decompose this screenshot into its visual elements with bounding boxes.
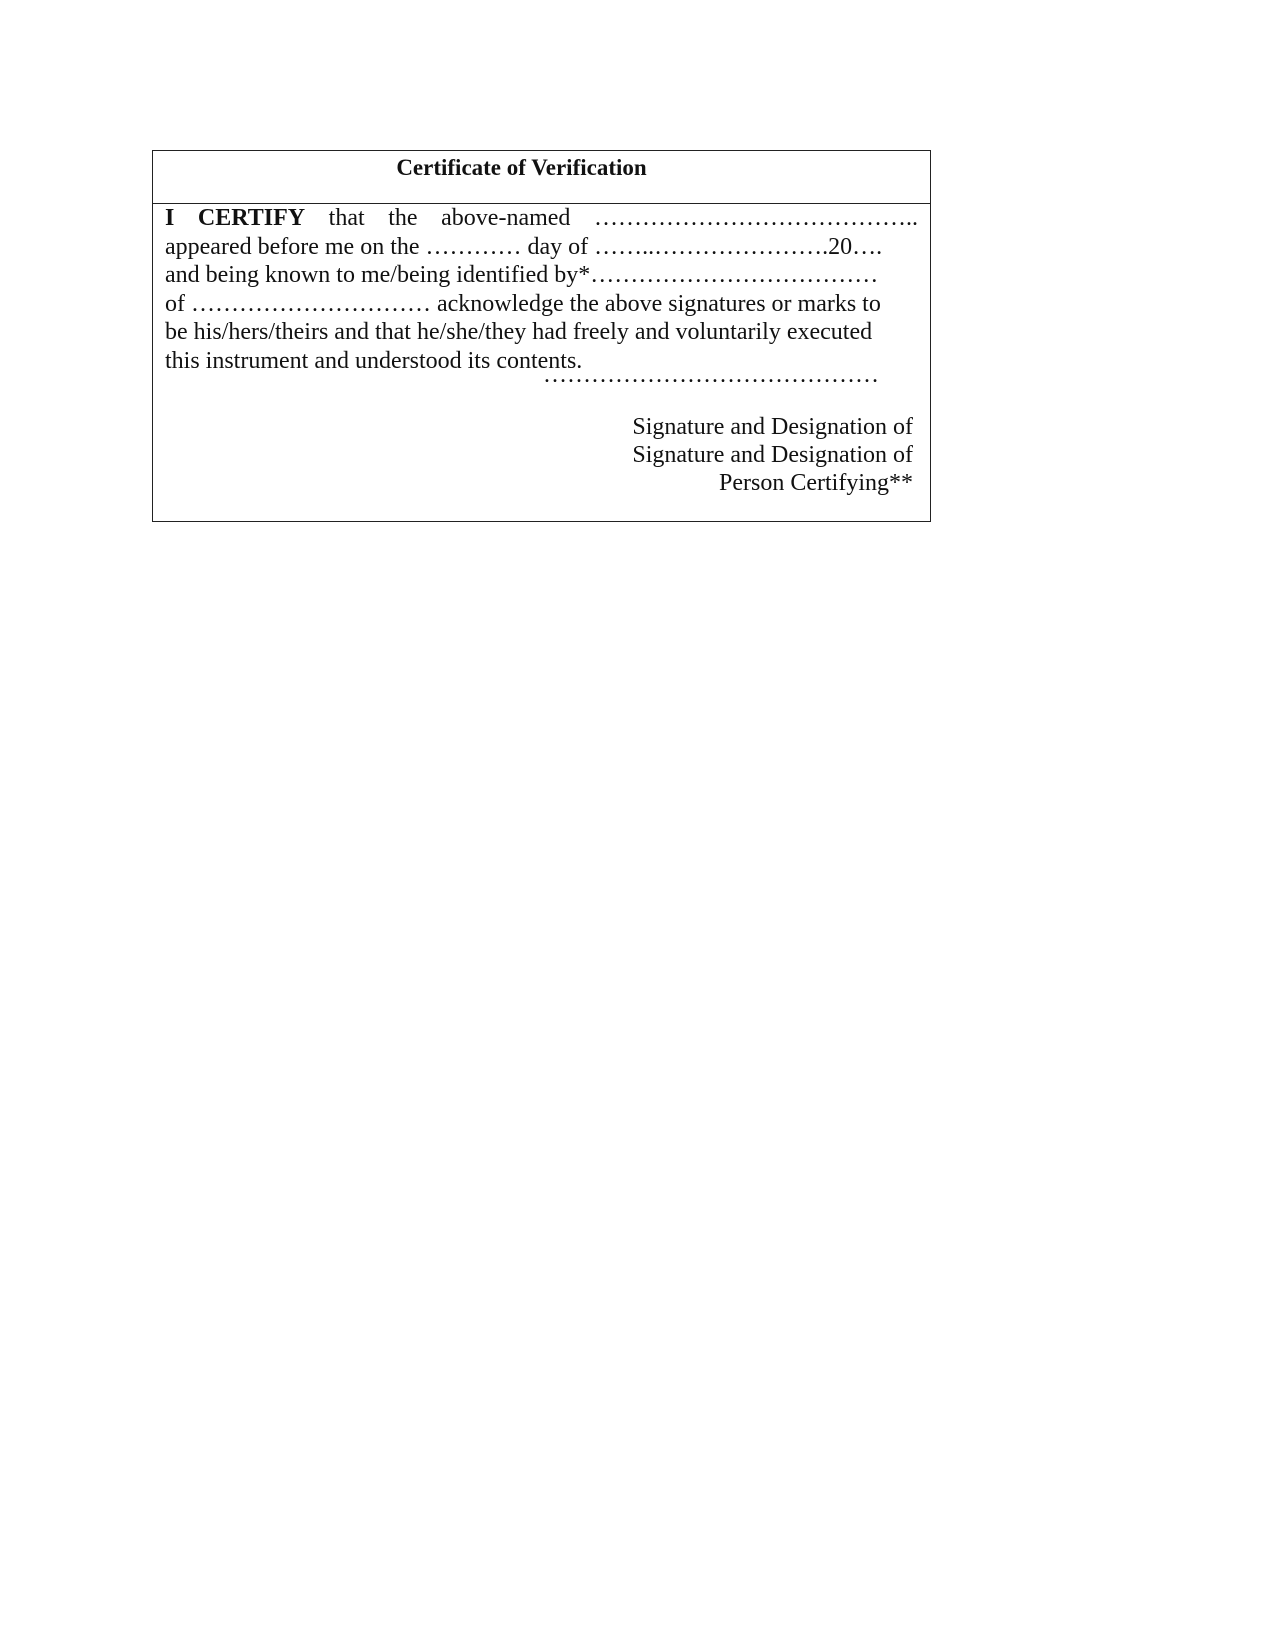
body-line-3: and being known to me/being identified b… xyxy=(165,261,918,290)
certificate-of-verification-box: Certificate of Verification I CERTIFY th… xyxy=(152,150,931,522)
named-person-blank: ………………………………….. xyxy=(594,205,918,231)
certificate-title: Certificate of Verification xyxy=(133,154,910,182)
body-line-1-word: the xyxy=(388,205,417,231)
body-line-1: I CERTIFY that the above-named ………………………… xyxy=(165,204,918,233)
certificate-body: I CERTIFY that the above-named ………………………… xyxy=(165,204,918,376)
body-line-1-word: above-named xyxy=(441,205,570,231)
certificate-header: Certificate of Verification xyxy=(153,151,930,204)
signature-label-line-1: Signature and Designation of xyxy=(632,413,913,441)
signature-label-line-3: Person Certifying** xyxy=(632,469,913,497)
body-line-5: be his/hers/theirs and that he/she/they … xyxy=(165,318,918,347)
body-line-4: of ………………………… acknowledge the above sign… xyxy=(165,290,918,319)
signature-labels: Signature and Designation of Signature a… xyxy=(632,413,913,497)
signature-label-line-2: Signature and Designation of xyxy=(632,441,913,469)
body-line-1-word: that xyxy=(329,205,365,231)
signature-dotted-line: …………………………………… xyxy=(543,361,879,389)
certify-lead: I CERTIFY xyxy=(165,205,305,231)
body-line-2: appeared before me on the ………… day of ……… xyxy=(165,233,918,262)
